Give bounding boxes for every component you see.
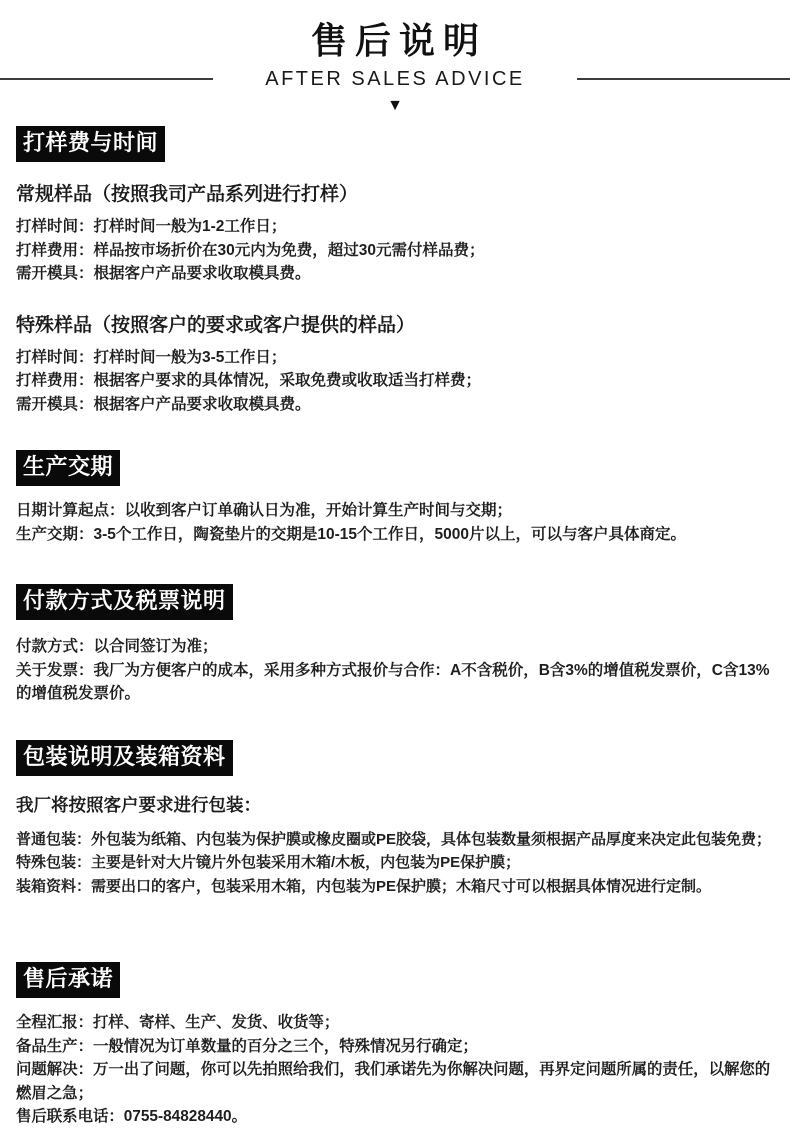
page-title: 售后说明 (0, 22, 790, 60)
page-subtitle: AFTER SALES ADVICE (265, 66, 525, 92)
body-line: 需开模具：根据客户产品要求收取模具费。 (16, 393, 776, 417)
regular-samples-body: 打样时间：打样时间一般为1-2工作日； 打样费用：样品按市场折价在30元内为免费… (16, 215, 776, 286)
body-line: 全程汇报：打样、寄样、生产、发货、收货等； (16, 1011, 776, 1035)
body-line: 普通包装：外包装为纸箱、内包装为保护膜或橡皮圈或PE胶袋，具体包装数量须根据产品… (16, 828, 776, 852)
section-payment-tax: 付款方式及税票说明 付款方式：以合同签订为准； 关于发票：我厂为方便客户的成本，… (16, 546, 776, 706)
section-sampling-fee-time: 打样费与时间 常规样品（按照我司产品系列进行打样） 打样时间：打样时间一般为1-… (16, 116, 776, 416)
body-line: 生产交期：3-5个工作日，陶瓷垫片的交期是10-15个工作日，5000片以上，可… (16, 523, 776, 547)
subtitle-row: AFTER SALES ADVICE (0, 66, 790, 92)
packaging-body: 普通包装：外包装为纸箱、内包装为保护膜或橡皮圈或PE胶袋，具体包装数量须根据产品… (16, 828, 776, 899)
section-production-leadtime: 生产交期 日期计算起点：以收到客户订单确认日为准，开始计算生产时间与交期； 生产… (16, 416, 776, 546)
promise-body: 全程汇报：打样、寄样、生产、发货、收货等； 备品生产：一般情况为订单数量的百分之… (16, 1011, 776, 1129)
body-line: 需开模具：根据客户产品要求收取模具费。 (16, 262, 776, 286)
body-line: 打样费用：根据客户要求的具体情况，采取免费或收取适当打样费； (16, 369, 776, 393)
body-line: 付款方式：以合同签订为准； (16, 635, 776, 659)
special-samples-body: 打样时间：打样时间一般为3-5工作日； 打样费用：根据客户要求的具体情况，采取免… (16, 346, 776, 417)
section-packaging: 包装说明及装箱资料 我厂将按照客户要求进行包装： 普通包装：外包装为纸箱、内包装… (16, 706, 776, 899)
after-sales-page: 售后说明 AFTER SALES ADVICE ▼ 打样费与时间 常规样品（按照… (0, 0, 790, 1138)
section-heading-promise: 售后承诺 (16, 962, 120, 998)
down-triangle-icon: ▼ (0, 96, 790, 116)
divider-rule-right (577, 78, 790, 80)
section-heading-sampling: 打样费与时间 (16, 126, 165, 162)
page-content: 打样费与时间 常规样品（按照我司产品系列进行打样） 打样时间：打样时间一般为1-… (0, 116, 790, 1129)
subheading-special-samples: 特殊样品（按照客户的要求或客户提供的样品） (16, 313, 776, 339)
section-heading-payment: 付款方式及税票说明 (16, 584, 233, 620)
body-line: 装箱资料：需要出口的客户，包装采用木箱，内包装为PE保护膜；木箱尺寸可以根据具体… (16, 875, 776, 899)
body-line: 关于发票：我厂为方便客户的成本，采用多种方式报价与合作：A不含税价，B含3%的增… (16, 659, 776, 706)
body-line: 日期计算起点：以收到客户订单确认日为准，开始计算生产时间与交期； (16, 499, 776, 523)
body-line: 打样时间：打样时间一般为1-2工作日； (16, 215, 776, 239)
section-heading-leadtime: 生产交期 (16, 450, 120, 486)
body-line contact-phone-line: 售后联系电话：0755-84828440。 (16, 1105, 776, 1129)
payment-body: 付款方式：以合同签订为准； 关于发票：我厂为方便客户的成本，采用多种方式报价与合… (16, 635, 776, 706)
body-line: 打样费用：样品按市场折价在30元内为免费，超过30元需付样品费； (16, 239, 776, 263)
body-line: 特殊包装：主要是针对大片镜片外包装采用木箱/木板，内包装为PE保护膜； (16, 851, 776, 875)
body-line: 问题解决：万一出了问题，你可以先拍照给我们，我们承诺先为你解决问题，再界定问题所… (16, 1058, 776, 1105)
divider-rule-left (0, 78, 213, 80)
page-header: 售后说明 AFTER SALES ADVICE ▼ (0, 0, 790, 116)
leadtime-body: 日期计算起点：以收到客户订单确认日为准，开始计算生产时间与交期； 生产交期：3-… (16, 499, 776, 546)
subheading-regular-samples: 常规样品（按照我司产品系列进行打样） (16, 182, 776, 208)
body-line: 打样时间：打样时间一般为3-5工作日； (16, 346, 776, 370)
section-after-sales-promise: 售后承诺 全程汇报：打样、寄样、生产、发货、收货等； 备品生产：一般情况为订单数… (16, 898, 776, 1129)
subheading-packaging: 我厂将按照客户要求进行包装： (16, 792, 776, 818)
section-heading-packaging: 包装说明及装箱资料 (16, 740, 233, 776)
body-line: 备品生产：一般情况为订单数量的百分之三个，特殊情况另行确定； (16, 1035, 776, 1059)
